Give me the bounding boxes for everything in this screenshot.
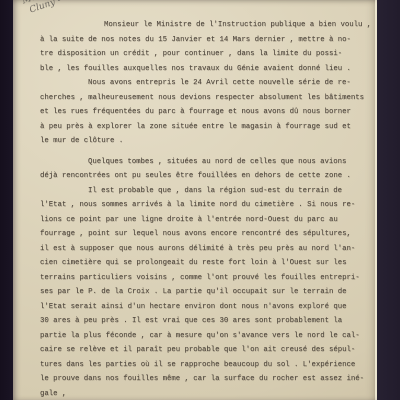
- typed-separator-line: ----------------------------: [163, 0, 303, 4]
- typed-line: à peu près à explorer la zone située ent…: [40, 120, 366, 135]
- scan-background: ---------------------------- Monuments C…: [0, 0, 400, 400]
- handwritten-annotation: Monuments Cluny -: [21, 0, 79, 18]
- typed-line: le mur de clôture .: [40, 134, 366, 149]
- typed-line: déjà rencontrées ont pu seules être foui…: [40, 169, 366, 184]
- typed-line: caire se relève et il paraît peu probabl…: [40, 343, 366, 358]
- typed-line: Monsieur le Ministre de l'Instruction pu…: [40, 18, 366, 33]
- typed-line: l'Etat serait ainsi d'un hectare environ…: [40, 300, 366, 315]
- typed-line: il est à supposer que nous aurons délimi…: [40, 242, 366, 257]
- document-page: ---------------------------- Monuments C…: [13, 0, 377, 400]
- typed-line: tre disposition un crédit , pour continu…: [40, 47, 366, 62]
- typed-line: ses par le P. de la Croix . La partie qu…: [40, 285, 366, 300]
- typed-line: gale ,: [40, 387, 366, 400]
- typed-line: terrains particuliers voisins , comme l'…: [40, 271, 366, 286]
- typed-line: tures dans les parties où il se rapproch…: [40, 358, 366, 373]
- typed-line: ble , les fouilles auxquelles nos travau…: [40, 62, 366, 77]
- typed-line: le prouve dans nos fouilles même , car l…: [40, 372, 366, 387]
- paragraph: Monsieur le Ministre de l'Instruction pu…: [40, 18, 366, 76]
- typed-line: cien cimetière qui se prolongeait du res…: [40, 256, 366, 271]
- typed-line: cherches , malheureusement nous devions …: [40, 91, 366, 106]
- paragraph: Nous avons entrepris le 24 Avril cette n…: [40, 76, 366, 149]
- typed-line: 30 ares à peu près . Il est vrai que ces…: [40, 314, 366, 329]
- typed-line: à la suite de nos notes du 15 Janvier et…: [40, 33, 366, 48]
- paragraph: Il est probable que , dans la région sud…: [40, 184, 366, 400]
- typed-line: Il est probable que , dans la région sud…: [40, 184, 366, 199]
- typed-line: partie la plus féconde , car à mesure qu…: [40, 329, 366, 344]
- typed-line: fourrage , point sur lequel nous avons e…: [40, 227, 366, 242]
- paragraph: Quelques tombes , situées au nord de cel…: [40, 155, 366, 184]
- typed-line: et les rues fréquentées du parc à fourra…: [40, 105, 366, 120]
- typed-line: Nous avons entrepris le 24 Avril cette n…: [40, 76, 366, 91]
- typed-letter-body: Monsieur le Ministre de l'Instruction pu…: [40, 18, 366, 400]
- typed-line: lions ce point par une ligne droite à l'…: [40, 213, 366, 228]
- typed-line: Quelques tombes , situées au nord de cel…: [40, 155, 366, 170]
- typed-line: l'Etat , nous sommes arrivés à la limite…: [40, 198, 366, 213]
